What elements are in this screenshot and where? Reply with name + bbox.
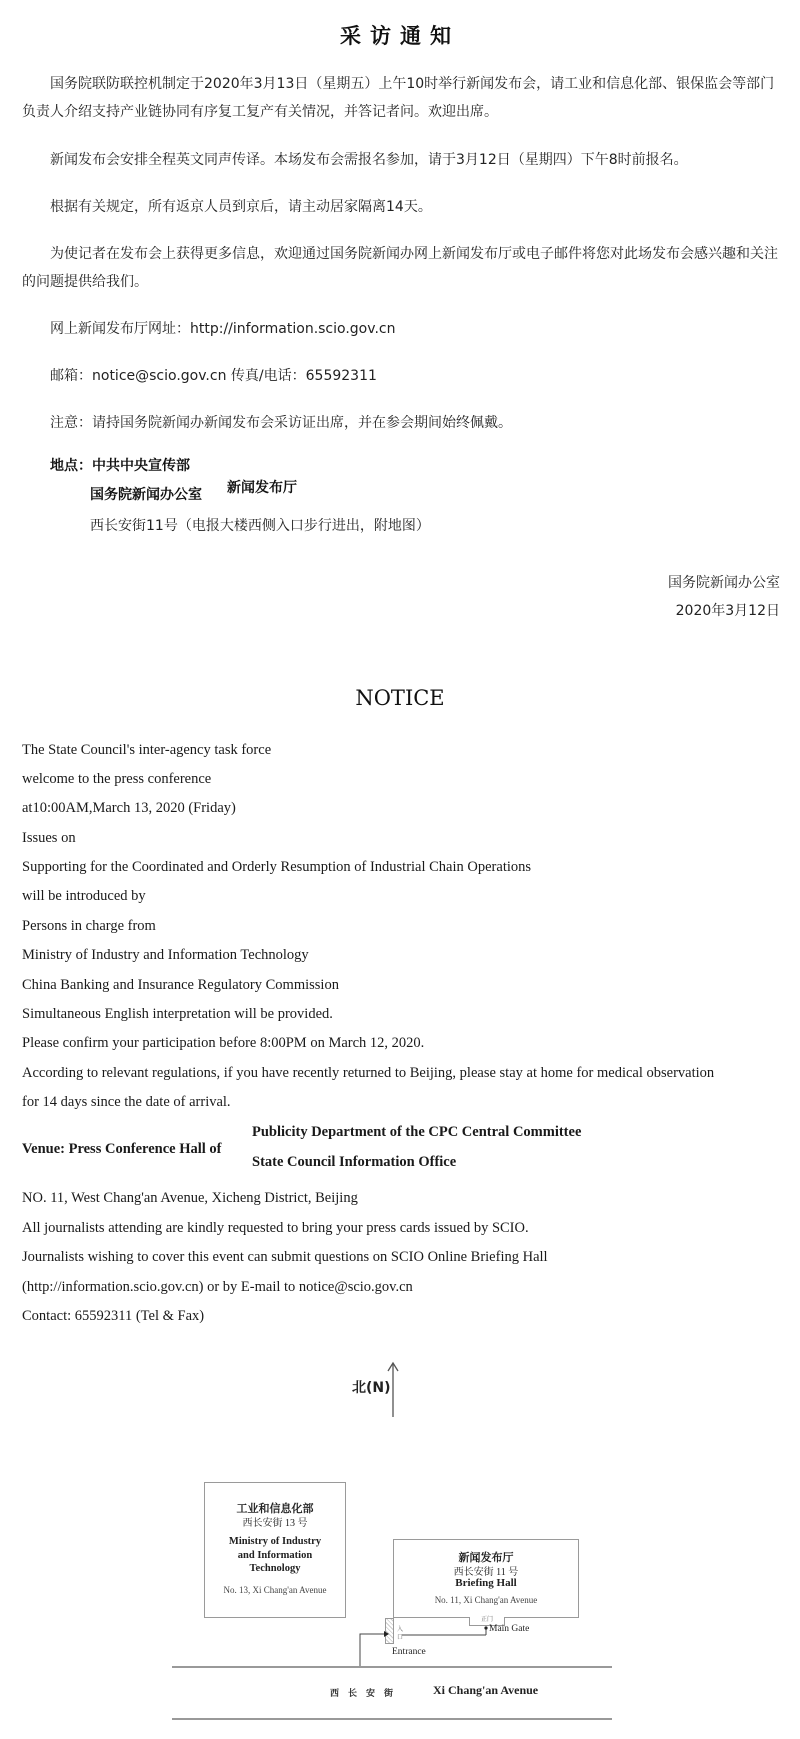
miit-name-en-3: Technology	[204, 1563, 346, 1574]
en-line-3: at10:00AM,March 13, 2020 (Friday)	[22, 800, 236, 817]
north-label: 北(N)	[352, 1377, 391, 1397]
en-line-12: According to relevant regulations, if yo…	[22, 1065, 714, 1082]
zh-venue-org2: 国务院新闻办公室	[90, 484, 202, 504]
en-contact: Contact: 65592311 (Tel & Fax)	[22, 1308, 204, 1325]
zh-paragraph-4: 为使记者在发布会上获得更多信息，欢迎通过国务院新闻办网上新闻发布厅或电子邮件将您…	[22, 240, 782, 296]
zh-venue-label-org1: 地点：中共中央宣传部	[50, 455, 190, 475]
zh-signature-date: 2020年3月12日	[676, 600, 780, 620]
zh-note: 注意：请持国务院新闻办新闻发布会采访证出席，并在参会期间始终佩戴。	[50, 412, 512, 432]
en-line-2: welcome to the press conference	[22, 771, 211, 788]
zh-signature-org: 国务院新闻办公室	[668, 572, 780, 592]
en-line-5: Supporting for the Coordinated and Order…	[22, 859, 531, 876]
en-line-13: for 14 days since the date of arrival.	[22, 1094, 231, 1111]
zh-website-label: 网上新闻发布厅网址：	[50, 321, 190, 337]
en-line-10: Simultaneous English interpretation will…	[22, 1006, 333, 1023]
en-line-7: Persons in charge from	[22, 918, 156, 935]
arrow-up-icon	[386, 1360, 400, 1418]
en-questions-note: Journalists wishing to cover this event …	[22, 1249, 548, 1266]
zh-fax-value: 65592311	[306, 368, 377, 384]
en-page-title: NOTICE	[0, 686, 800, 710]
en-line-9: China Banking and Insurance Regulatory C…	[22, 977, 339, 994]
miit-address-zh: 西长安街 13 号	[204, 1514, 346, 1529]
en-press-card-note: All journalists attending are kindly req…	[22, 1220, 529, 1237]
en-venue-org1: Publicity Department of the CPC Central …	[252, 1124, 581, 1141]
zh-website-link[interactable]: http://information.scio.gov.cn	[190, 321, 395, 337]
street-edge-north	[172, 1666, 612, 1668]
zh-page-title: 采访通知	[0, 20, 800, 50]
miit-name-en-1: Ministry of Industry	[204, 1536, 346, 1547]
en-line-11: Please confirm your participation before…	[22, 1035, 424, 1052]
zh-paragraph-3: 根据有关规定，所有返京人员到京后，请主动居家隔离14天。	[22, 193, 782, 221]
zh-fax-label: 传真/电话：	[231, 368, 306, 384]
route-path	[340, 1600, 520, 1670]
en-line-4: Issues on	[22, 830, 76, 847]
miit-name-en-2: and Information	[204, 1550, 346, 1561]
street-name-en: Xi Chang'an Avenue	[433, 1683, 538, 1698]
en-line-8: Ministry of Industry and Information Tec…	[22, 947, 309, 964]
en-venue-label: Venue: Press Conference Hall of	[22, 1141, 221, 1158]
zh-email-label: 邮箱：	[50, 368, 92, 384]
zh-paragraph-1: 国务院联防联控机制定于2020年3月13日（星期五）上午10时举行新闻发布会，请…	[22, 70, 782, 126]
zh-email-link[interactable]: notice@scio.gov.cn	[92, 368, 226, 384]
zh-paragraph-2: 新闻发布会安排全程英文同声传译。本场发布会需报名参加，请于3月12日（星期四）下…	[22, 146, 782, 174]
zh-contact-line: 邮箱：notice@scio.gov.cn 传真/电话：65592311	[50, 365, 377, 385]
zh-website-line: 网上新闻发布厅网址：http://information.scio.gov.cn	[50, 318, 395, 338]
hall-name-en: Briefing Hall	[393, 1577, 579, 1589]
miit-address-en: No. 13, Xi Chang'an Avenue	[204, 1585, 346, 1595]
en-address: NO. 11, West Chang'an Avenue, Xicheng Di…	[22, 1190, 358, 1207]
en-venue-org2: State Council Information Office	[252, 1154, 456, 1171]
street-name-zh: 西 长 安 街	[330, 1686, 393, 1699]
en-questions-contact[interactable]: (http://information.scio.gov.cn) or by E…	[22, 1279, 413, 1296]
en-line-1: The State Council's inter-agency task fo…	[22, 742, 271, 759]
zh-venue-address: 西长安街11号（电报大楼西侧入口步行进出，附地图）	[90, 515, 430, 535]
zh-venue-hall: 新闻发布厅	[227, 477, 297, 497]
hall-address-zh: 西长安街 11 号	[393, 1563, 579, 1578]
en-line-6: will be introduced by	[22, 888, 146, 905]
street-edge-south	[172, 1718, 612, 1720]
